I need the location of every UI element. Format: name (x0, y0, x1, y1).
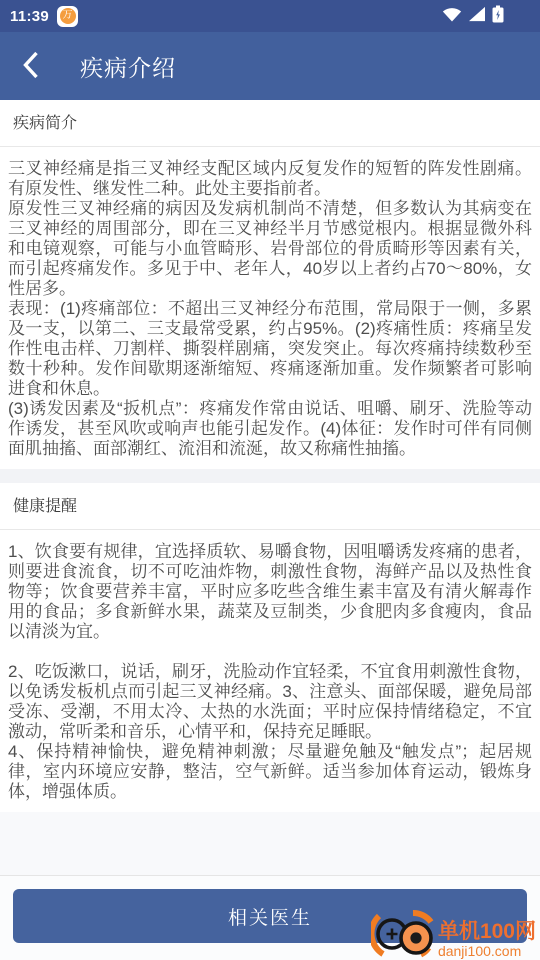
app-screen: 11:39 万 (0, 0, 540, 960)
status-time: 11:39 (10, 8, 49, 25)
notification-badge-icon: 万 (57, 6, 78, 27)
section-disease-intro: 疾病简介 三叉神经痛是指三叉神经支配区域内反复发作的短暂的阵发性剧痛。有原发性、… (0, 100, 540, 469)
back-button[interactable] (0, 32, 54, 100)
section-health-tips: 健康提醒 1、饮食要有规律，宜选择质软、易嚼食物，因咀嚼诱发疼痛的患者，则要进食… (0, 483, 540, 812)
section-body-disease-intro: 三叉神经痛是指三叉神经支配区域内反复发作的短暂的阵发性剧痛。有原发性、继发性二种… (0, 147, 540, 469)
status-bar: 11:39 万 (0, 0, 540, 32)
wan-app-icon: 万 (60, 8, 76, 24)
bottom-bar: 相关医生 (0, 875, 540, 960)
chevron-left-icon (22, 50, 40, 83)
status-bar-left: 11:39 万 (10, 6, 78, 27)
section-title-disease-intro: 疾病简介 (0, 100, 540, 146)
related-doctors-button[interactable]: 相关医生 (13, 889, 527, 943)
content-area: 疾病简介 三叉神经痛是指三叉神经支配区域内反复发作的短暂的阵发性剧痛。有原发性、… (0, 100, 540, 875)
cellular-signal-icon (468, 6, 486, 27)
status-bar-right (442, 5, 504, 28)
section-gap (0, 469, 540, 483)
section-title-health-tips: 健康提醒 (0, 483, 540, 529)
page-title: 疾病介绍 (80, 50, 176, 83)
wifi-icon (442, 6, 462, 27)
content-filler (0, 812, 540, 875)
section-body-health-tips: 1、饮食要有规律，宜选择质软、易嚼食物，因咀嚼诱发疼痛的患者，则要进食流食，切不… (0, 530, 540, 812)
battery-charging-icon (492, 5, 504, 28)
app-bar: 疾病介绍 (0, 32, 540, 100)
